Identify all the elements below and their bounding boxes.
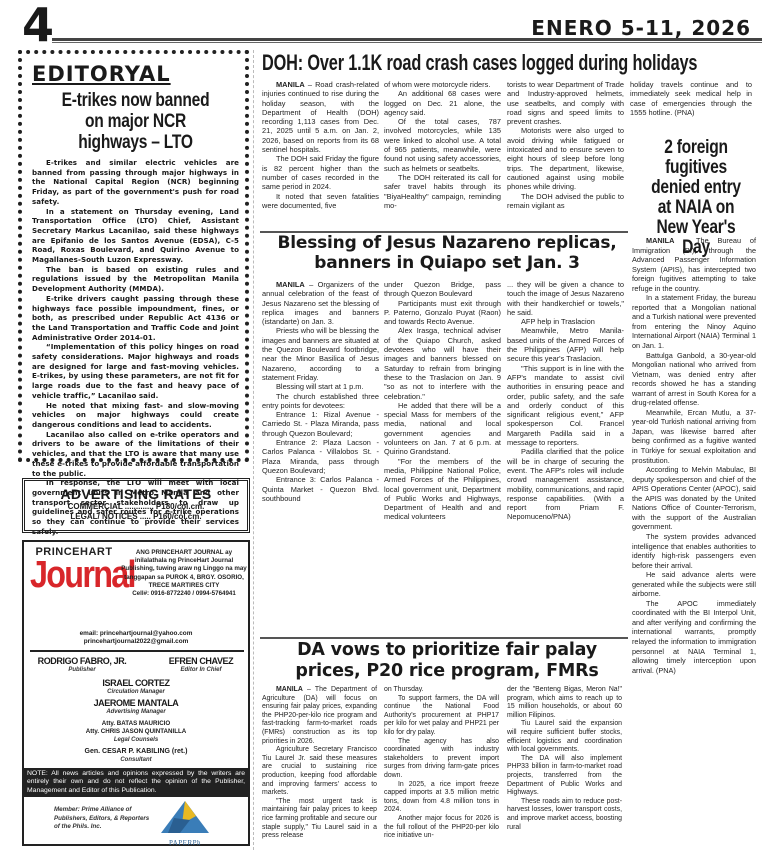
story-paragraph: MANILA – Road crash-related injuries con…	[262, 80, 379, 154]
member-line: Member: Prime Alliance of	[54, 806, 149, 815]
paperph-logo: PAPERPh	[160, 800, 210, 842]
story-paragraph: An additional 68 cases were logged on De…	[384, 89, 501, 117]
editorial-paragraph: Lacanilao also called on e-trike operato…	[32, 430, 239, 479]
editorial-paragraph: The ban is based on existing rules and r…	[32, 265, 239, 294]
doh-column-4: holiday travels continue and to immediat…	[630, 80, 752, 117]
staff-name: EFREN CHAVEZ	[156, 656, 246, 666]
story-paragraph: Another major focus for 2026 is the full…	[384, 815, 499, 841]
paragraph-text: – The Department of Agriculture (DA) wil…	[262, 686, 377, 745]
story-paragraph: MANILA – The Department of Agriculture (…	[262, 686, 377, 746]
column-separator	[253, 50, 254, 850]
nazareno-column-3: ... they will be given a chance to touch…	[507, 280, 624, 522]
story-paragraph: The DOH advised the public to remain vig…	[507, 192, 624, 211]
story-paragraph: Entrance 2: Plaza Lacson - Carlos Palanc…	[262, 438, 379, 475]
nazareno-column-1: MANILA – Organizers of the annual celebr…	[262, 280, 379, 503]
staff-consultant: Gen. CESAR P. KABILING (ret.) Consultant	[24, 748, 248, 764]
story-paragraph: The agency has also coordinated with ind…	[384, 738, 499, 781]
story-paragraph: Entrance 3: Carlos Palanca - Quinta Mark…	[262, 475, 379, 503]
story-paragraph: der the "Benteng Bigas, Meron Na!" progr…	[507, 686, 622, 720]
member-line: of the Phils. Inc.	[54, 823, 149, 832]
story-paragraph: Blessing will start at 1 p.m.	[262, 382, 379, 391]
story-paragraph: torists to wear Department of Trade and …	[507, 80, 624, 126]
story-paragraph: of whom were motorcycle riders.	[384, 80, 501, 89]
story-paragraph: Meanwhile, Metro Manila-based units of t…	[507, 326, 624, 363]
da-column-2: on Thursday. To support farmers, the DA …	[384, 686, 499, 841]
staff-circulation: ISRAEL CORTEZ Circulation Manager	[24, 678, 248, 696]
da-column-1: MANILA – The Department of Agriculture (…	[262, 686, 377, 841]
story-paragraph: The church established three entry point…	[262, 392, 379, 411]
story-paragraph: The DOH said Friday the figure is 82 per…	[262, 154, 379, 191]
story-paragraph: He said advance alerts were generated wh…	[632, 570, 756, 599]
editorial-label: EDITORYAL	[32, 62, 239, 86]
subhead: AFP help in Traslacion	[507, 317, 624, 326]
info-line: inilalathala ng PrinceHart Journal	[120, 557, 248, 565]
editorial-paragraph: In a statement on Thursday evening, Land…	[32, 207, 239, 265]
page-number: 4	[22, 2, 52, 48]
story-paragraph: In a statement Friday, the bureau report…	[632, 293, 756, 350]
info-line: Publishing, tuwing araw ng Linggo na may	[120, 565, 248, 573]
staff-role: Editor In Chief	[156, 666, 246, 674]
staff-role: Legal Counsels	[24, 736, 248, 744]
story-paragraph: According to Melvin Mabulac, BI deputy s…	[632, 465, 756, 532]
story-paragraph: Participants must exit through P. Patern…	[384, 299, 501, 327]
story-paragraph: In 2025, a rice import freeze capped imp…	[384, 781, 499, 815]
info-line: tanggapan sa PUROK 4, BRGY. OSORIO,	[120, 574, 248, 582]
doh-column-1: MANILA – Road crash-related injuries con…	[262, 80, 379, 210]
story-paragraph: The APOC immediately coordinated with th…	[632, 599, 756, 675]
dateline: MANILA	[646, 236, 674, 245]
story-paragraph: To support farmers, the DA will continue…	[384, 695, 499, 738]
editorial-paragraph: E-trikes and similar electric vehicles a…	[32, 158, 239, 207]
staff-role: Circulation Manager	[24, 688, 248, 696]
story-paragraph: Tiu Laurel said the expansion will requi…	[507, 720, 622, 754]
dateline: MANILA	[276, 280, 305, 289]
rate-legal-notices: LEGAL/ NOTICES ..... P160/col.cm.	[25, 512, 247, 522]
da-column-3: der the "Benteng Bigas, Meron Na!" progr…	[507, 686, 622, 832]
contact-emails: email: princehartjournal@yahoo.com princ…	[24, 630, 248, 646]
story-paragraph: under Quezon Bridge, pass through Quezon…	[384, 280, 501, 299]
story-paragraph: Of the total cases, 787 involved motorcy…	[384, 117, 501, 173]
editorial-paragraph: He noted that mixing fast- and slow-movi…	[32, 401, 239, 430]
story-paragraph: MANILA – The Bureau of Immigration (BI),…	[632, 236, 756, 293]
story-paragraph: MANILA – Organizers of the annual celebr…	[262, 280, 379, 326]
doh-column-3: torists to wear Department of Trade and …	[507, 80, 624, 210]
story-paragraph: Meanwhile, Ercan Mutlu, a 37-year-old Tu…	[632, 408, 756, 465]
story-paragraph: ... they will be given a chance to touch…	[507, 280, 624, 317]
story-paragraph: Motorists were also urged to avoid drivi…	[507, 126, 624, 191]
membership-text: Member: Prime Alliance of Publishers, Ed…	[54, 806, 149, 832]
editorial-headline: E-trikes now banned on major NCR highway…	[51, 90, 221, 153]
advertising-rates-title: ADVERTISING RATES	[25, 486, 247, 502]
masthead-box: PRINCEHART Journal ANG PRINCEHART JOURNA…	[22, 540, 250, 846]
story-paragraph: "For the members of the media, Philippin…	[384, 457, 501, 522]
story-paragraph: He added that there will be a special Ma…	[384, 401, 501, 457]
story-paragraph: Padilla clarified that the police will b…	[507, 447, 624, 521]
staff-role: Advertising Manager	[24, 708, 248, 716]
paperph-triangle-icon	[160, 800, 210, 834]
princehart-journal-logo: PRINCEHART Journal	[30, 547, 118, 592]
info-line: ANG PRINCEHART JOURNAL ay	[120, 549, 248, 557]
da-headline: DA vows to prioritize fair palay prices,…	[262, 640, 632, 682]
staff-name: Atty. CHRIS JASON QUINTANILLA	[24, 728, 248, 736]
publisher-info: ANG PRINCEHART JOURNAL ay inilalathala n…	[120, 549, 248, 598]
staff-editor: EFREN CHAVEZ Editor In Chief	[156, 656, 246, 674]
nazareno-column-2: under Quezon Bridge, pass through Quezon…	[384, 280, 501, 522]
story-paragraph: Battulga Ganbold, a 30-year-old Mongolia…	[632, 351, 756, 408]
section-divider	[260, 637, 628, 639]
staff-role: Consultant	[24, 756, 248, 764]
contact-phone: Cell#: 0916-8772240 / 0994-5764941	[120, 590, 248, 598]
doh-headline: DOH: Over 1.1K road crash cases logged d…	[262, 52, 697, 74]
staff-name: Atty. BATAS MAURICIO	[24, 720, 248, 728]
member-line: Publishers, Editors, & Reporters	[54, 815, 149, 824]
story-paragraph: "This support is in line with the AFP's …	[507, 364, 624, 448]
issue-date: ENERO 5-11, 2026	[531, 16, 751, 40]
staff-name: Gen. CESAR P. KABILING (ret.)	[24, 748, 248, 756]
staff-name: ISRAEL CORTEZ	[24, 678, 248, 688]
staff-legal: Atty. BATAS MAURICIO Atty. CHRIS JASON Q…	[24, 720, 248, 744]
nazareno-headline: Blessing of Jesus Nazareno replicas, ban…	[262, 233, 632, 273]
story-paragraph: These roads aim to reduce post-harvest l…	[507, 798, 622, 832]
story-paragraph: The DA will also implement PHP33 billion…	[507, 755, 622, 798]
paperph-logo-text: PAPERPh	[160, 839, 210, 847]
story-paragraph: holiday travels continue and to immediat…	[630, 80, 752, 117]
email-line: email: princehartjournal@yahoo.com	[24, 630, 248, 638]
dateline: MANILA	[276, 80, 305, 89]
logo-bottom-text: Journal	[30, 558, 105, 592]
advertising-rates-box: ADVERTISING RATES COMMERCIAL ...........…	[22, 478, 250, 533]
editorial-box: EDITORYAL E-trikes now banned on major N…	[18, 50, 249, 462]
story-paragraph: "The most urgent task is maintaining fai…	[262, 798, 377, 841]
staff-name: JAEROME MANTALA	[24, 698, 248, 708]
rate-commercial: COMMERCIAL ............. P180/col.cm.	[25, 502, 247, 512]
paragraph-text: – Road crash-related injuries continued …	[262, 80, 379, 154]
info-line: TRECE MARTIRES CITY	[120, 582, 248, 590]
editorial-paragraph: E-trike drivers caught passing through t…	[32, 294, 239, 343]
masthead-divider	[30, 650, 244, 652]
fugitives-column: MANILA – The Bureau of Immigration (BI),…	[632, 236, 756, 675]
story-paragraph: The DOH reiterated its call for safer tr…	[384, 173, 501, 210]
staff-role: Publisher	[32, 666, 132, 674]
story-paragraph: Priests who will be blessing the images …	[262, 326, 379, 382]
dateline: MANILA	[276, 686, 303, 693]
story-paragraph: Entrance 1: Rizal Avenue - Carriedo St. …	[262, 410, 379, 438]
email-line: princehartjournal2022@gmail.com	[24, 638, 248, 646]
story-paragraph: on Thursday.	[384, 686, 499, 695]
staff-advertising: JAEROME MANTALA Advertising Manager	[24, 698, 248, 716]
editorial-paragraph: “Implementation of this policy hinges on…	[32, 342, 239, 400]
story-paragraph: The system provides advanced intelligenc…	[632, 532, 756, 570]
story-paragraph: It noted that seven fatalities were docu…	[262, 192, 379, 211]
staff-publisher: RODRIGO FABRO, JR. Publisher	[32, 656, 132, 674]
story-paragraph: Alex Irasga, technical adviser of the Qu…	[384, 326, 501, 400]
story-paragraph: Agriculture Secretary Francisco Tiu Laur…	[262, 746, 377, 798]
staff-name: RODRIGO FABRO, JR.	[32, 656, 132, 666]
disclaimer-note: NOTE: All news articles and opinions exp…	[24, 768, 248, 797]
doh-column-2: of whom were motorcycle riders. An addit…	[384, 80, 501, 210]
